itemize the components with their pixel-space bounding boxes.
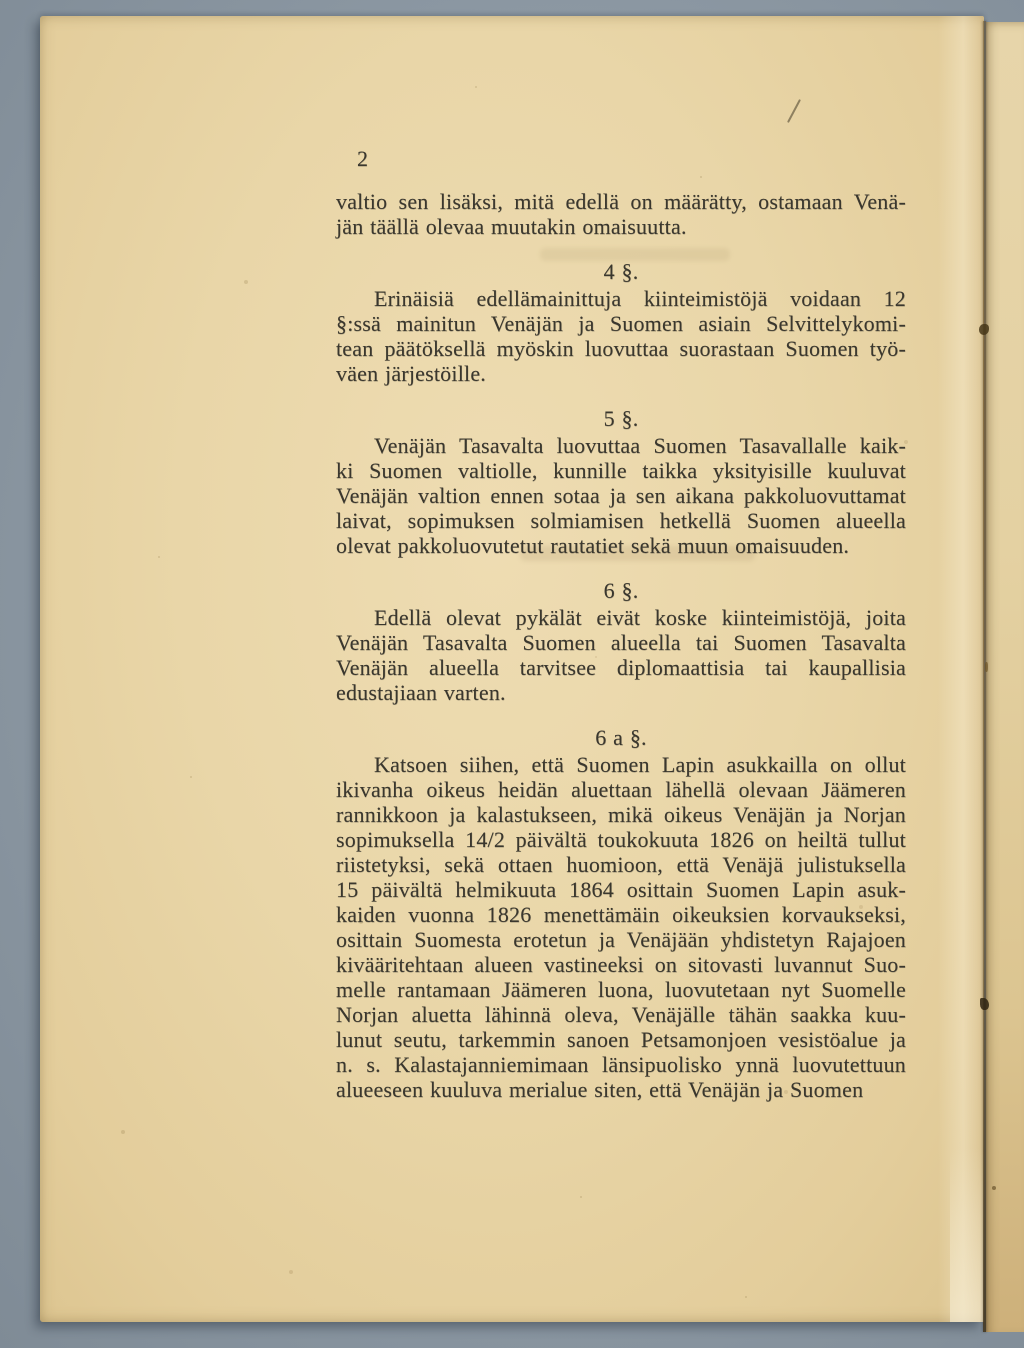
text-line: väen järjestöille. bbox=[336, 361, 906, 386]
section-6-paragraph: Edellä olevat pykälät eivät koske kiinte… bbox=[336, 605, 906, 705]
text-line: Venäjän Tasavalta luovuttaa Suomen Tasav… bbox=[336, 433, 906, 458]
page-number: 2 bbox=[357, 146, 906, 171]
text-line: kaiden vuonna 1826 menettämäin oikeuksie… bbox=[336, 902, 906, 927]
text-line: Norjan aluetta lähinnä oleva, Venäjälle … bbox=[336, 1002, 906, 1027]
text-line: rannikkoon ja kalastukseen, mikä oikeus … bbox=[336, 802, 906, 827]
text-line: Venäjän alueella tarvitsee diplomaattisi… bbox=[336, 655, 906, 680]
section-heading-6: 6 §. bbox=[336, 578, 906, 603]
text-line: osittain Suomesta erotetun ja Venäjään y… bbox=[336, 927, 906, 952]
text-line: 15 päivältä helmikuuta 1864 osittain Suo… bbox=[336, 877, 906, 902]
binding-tape-band bbox=[950, 1147, 984, 1322]
text-line: Erinäisiä edellämainittuja kiinteimistöj… bbox=[336, 286, 906, 311]
paragraph-continuation: valtio sen lisäksi, mitä edellä on määrä… bbox=[336, 189, 906, 239]
section-heading-4: 4 §. bbox=[336, 259, 906, 284]
text-line: laivat, sopimuksen solmiamisen hetkellä … bbox=[336, 508, 906, 533]
text-line: tean päätöksellä myöskin luovuttaa suora… bbox=[336, 336, 906, 361]
text-line: Edellä olevat pykälät eivät koske kiinte… bbox=[336, 605, 906, 630]
adjacent-page-edge bbox=[986, 22, 1024, 1332]
text-line: Katsoen siihen, että Suomen Lapin asukka… bbox=[336, 752, 906, 777]
page-fold-crease bbox=[983, 21, 986, 1332]
stray-pen-mark bbox=[787, 99, 801, 123]
section-6a-paragraph: Katsoen siihen, että Suomen Lapin asukka… bbox=[336, 752, 906, 1102]
text-line: valtio sen lisäksi, mitä edellä on määrä… bbox=[336, 189, 906, 214]
text-line: edustajiaan varten. bbox=[336, 680, 906, 705]
text-line: n. s. Kalastajanniemimaan länsipuolisko … bbox=[336, 1052, 906, 1077]
text-line: melle rantamaan Jäämeren luona, luovutet… bbox=[336, 977, 906, 1002]
text-line: kivääritehtaan alueen vastineeksi on sit… bbox=[336, 952, 906, 977]
text-line: Venäjän Tasavalta Suomen alueella tai Su… bbox=[336, 630, 906, 655]
section-4-paragraph: Erinäisiä edellämainittuja kiinteimistöj… bbox=[336, 286, 906, 386]
page-edge-highlight bbox=[938, 16, 984, 1322]
section-5-paragraph: Venäjän Tasavalta luovuttaa Suomen Tasav… bbox=[336, 433, 906, 558]
text-line: jän täällä olevaa muutakin omaisuutta. bbox=[336, 214, 906, 239]
text-column: 2 valtio sen lisäksi, mitä edellä on mää… bbox=[336, 146, 906, 1102]
section-heading-6a: 6 a §. bbox=[336, 725, 906, 750]
text-line: olevat pakkoluovutetut rautatiet sekä mu… bbox=[336, 533, 906, 558]
text-line: lunut seutu, tarkemmin sanoen Petsamonjo… bbox=[336, 1027, 906, 1052]
document-page: 2 valtio sen lisäksi, mitä edellä on mää… bbox=[40, 16, 984, 1322]
text-line: alueeseen kuuluva merialue siten, että V… bbox=[336, 1077, 906, 1102]
text-line: riistetyksi, sekä ottaen huomioon, että … bbox=[336, 852, 906, 877]
section-heading-5: 5 §. bbox=[336, 406, 906, 431]
text-line: ki Suomen valtiolle, kunnille taikka yks… bbox=[336, 458, 906, 483]
scanner-background: 2 valtio sen lisäksi, mitä edellä on mää… bbox=[0, 0, 1024, 1348]
paper-specks bbox=[40, 16, 42, 18]
text-line: ikivanha oikeus heidän aluettaan lähellä… bbox=[336, 777, 906, 802]
text-line: sopimuksella 14/2 päivältä toukokuuta 18… bbox=[336, 827, 906, 852]
text-line: Venäjän valtion ennen sotaa ja sen aikan… bbox=[336, 483, 906, 508]
text-line: §:ssä mainitun Venäjän ja Suomen asiain … bbox=[336, 311, 906, 336]
